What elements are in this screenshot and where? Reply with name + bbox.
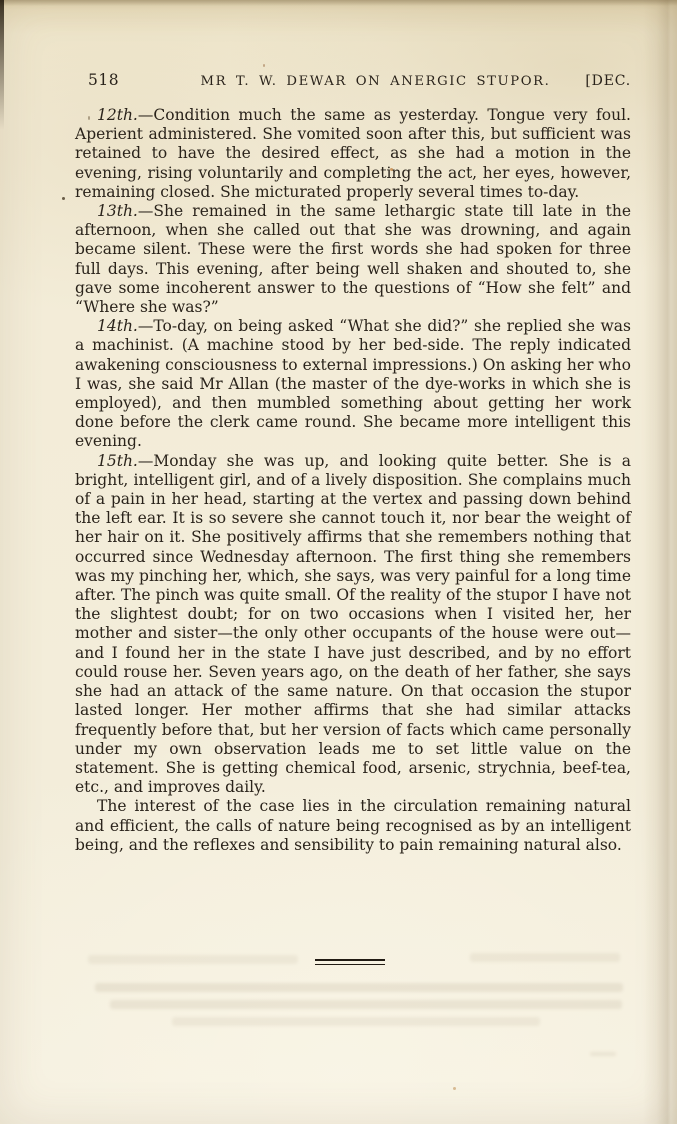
paragraph-text: —To-day, on being asked “What she did?” … (75, 317, 631, 450)
bleed-through-line (590, 1052, 616, 1056)
paragraph-13th: 13th.—She remained in the same lethargic… (75, 202, 631, 317)
paragraph-15th: 15th.—Monday she was up, and looking qui… (75, 452, 631, 798)
paragraph-text: —She remained in the same lethargic stat… (75, 202, 631, 316)
paragraph-12th: 12th.—Condition much the same as yesterd… (75, 106, 631, 202)
day-lead: 13th. (97, 202, 138, 220)
ink-speck (62, 197, 65, 200)
ink-speck (88, 116, 90, 120)
bleed-through-line (110, 1000, 622, 1009)
paragraph-closing: The interest of the case lies in the cir… (75, 797, 631, 855)
article-body: 12th.—Condition much the same as yesterd… (75, 106, 631, 855)
bleed-through-line (470, 953, 620, 962)
page-left-edge-shadow (0, 0, 4, 130)
ink-speck (390, 168, 393, 171)
ink-speck (263, 64, 265, 67)
scanned-page: 518 MR T. W. DEWAR ON ANERGIC STUPOR. [D… (0, 0, 677, 1124)
issue-marker: [DEC. (553, 73, 631, 89)
page-number: 518 (75, 71, 198, 89)
bleed-through-line (95, 983, 623, 992)
paragraph-text: The interest of the case lies in the cir… (75, 797, 631, 853)
ink-speck (453, 1087, 456, 1090)
paragraph-text: —Monday she was up, and looking quite be… (75, 452, 631, 796)
day-lead: 14th. (97, 317, 138, 335)
page-top-edge-shadow (0, 0, 677, 6)
day-lead: 15th. (97, 452, 138, 470)
bleed-through-line (172, 1017, 540, 1026)
bleed-through-line (88, 955, 298, 964)
day-lead: 12th. (97, 106, 138, 124)
running-title: MR T. W. DEWAR ON ANERGIC STUPOR. (198, 74, 553, 89)
section-end-rule (315, 959, 385, 965)
paragraph-text: —Condition much the same as yesterday. T… (75, 106, 631, 201)
page-header: 518 MR T. W. DEWAR ON ANERGIC STUPOR. [D… (75, 71, 631, 89)
paragraph-14th: 14th.—To-day, on being asked “What she d… (75, 317, 631, 451)
